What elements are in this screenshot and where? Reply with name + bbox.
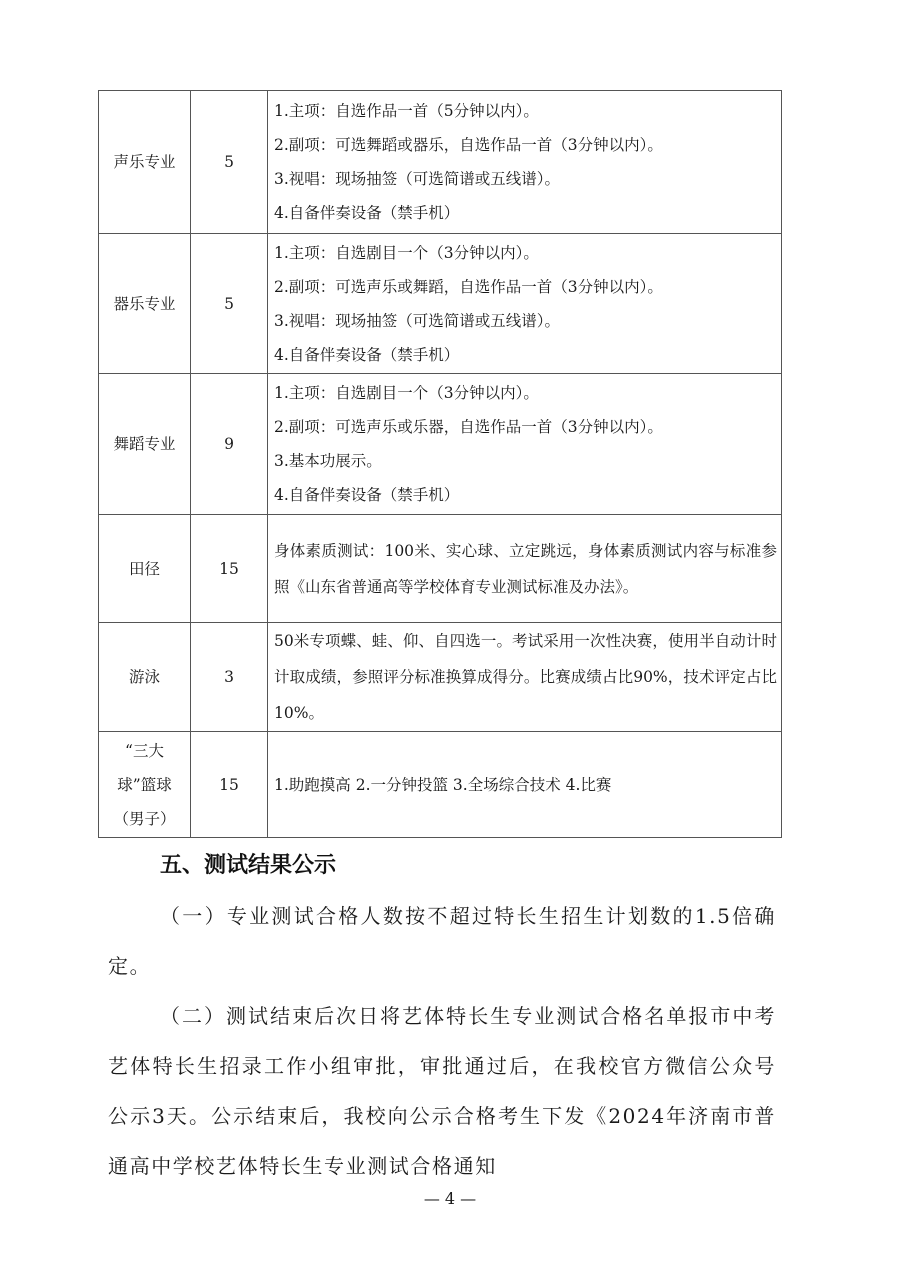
specialty-name: 游泳 — [99, 623, 191, 732]
specialty-test-table: 声乐专业 5 1.主项：自选作品一首（5分钟以内）。 2.副项：可选舞蹈或器乐，… — [98, 90, 782, 838]
content-line: 4.自备伴奏设备（禁手机） — [274, 478, 777, 512]
content-line: 2.副项：可选声乐或舞蹈，自选作品一首（3分钟以内）。 — [274, 270, 777, 304]
page-number: — 4 — — [0, 1189, 900, 1208]
specialty-name: 舞蹈专业 — [99, 374, 191, 515]
content-line: 4.自备伴奏设备（禁手机） — [274, 338, 777, 372]
name-line: 球”篮球 — [99, 768, 190, 802]
name-line: （男子） — [99, 802, 190, 836]
quota-count: 3 — [191, 623, 268, 732]
test-content: 50米专项蝶、蛙、仰、自四选一。考试采用一次性决赛，使用半自动计时计取成绩，参照… — [268, 623, 782, 732]
quota-count: 5 — [191, 91, 268, 234]
test-content: 身体素质测试：100米、实心球、立定跳远，身体素质测试内容与标准参照《山东省普通… — [268, 515, 782, 623]
content-line: 3.视唱：现场抽签（可选简谱或五线谱）。 — [274, 162, 777, 196]
content-line: 4.自备伴奏设备（禁手机） — [274, 196, 777, 230]
quota-count: 9 — [191, 374, 268, 515]
content-line: 2.副项：可选声乐或乐器，自选作品一首（3分钟以内）。 — [274, 410, 777, 444]
paragraph-one: （一）专业测试合格人数按不超过特长生招生计划数的1.5倍确定。 — [108, 891, 776, 991]
specialty-name: 田径 — [99, 515, 191, 623]
content-line: 2.副项：可选舞蹈或器乐，自选作品一首（3分钟以内）。 — [274, 128, 777, 162]
table-row: 游泳 3 50米专项蝶、蛙、仰、自四选一。考试采用一次性决赛，使用半自动计时计取… — [99, 623, 782, 732]
table-row: 器乐专业 5 1.主项：自选剧目一个（3分钟以内）。 2.副项：可选声乐或舞蹈，… — [99, 234, 782, 374]
quota-count: 5 — [191, 234, 268, 374]
specialty-name: 器乐专业 — [99, 234, 191, 374]
content-line: 1.主项：自选剧目一个（3分钟以内）。 — [274, 236, 777, 270]
content-paragraph: 50米专项蝶、蛙、仰、自四选一。考试采用一次性决赛，使用半自动计时计取成绩，参照… — [274, 623, 777, 731]
table-row: 田径 15 身体素质测试：100米、实心球、立定跳远，身体素质测试内容与标准参照… — [99, 515, 782, 623]
table-row: “三大 球”篮球 （男子） 15 1.助跑摸高 2.一分钟投篮 3.全场综合技术… — [99, 732, 782, 838]
section-heading: 五、测试结果公示 — [160, 848, 336, 879]
content-line: 1.主项：自选作品一首（5分钟以内）。 — [274, 94, 777, 128]
paragraph-two: （二）测试结束后次日将艺体特长生专业测试合格名单报市中考艺体特长生招录工作小组审… — [108, 991, 776, 1191]
quota-count: 15 — [191, 515, 268, 623]
test-content: 1.主项：自选剧目一个（3分钟以内）。 2.副项：可选声乐或乐器，自选作品一首（… — [268, 374, 782, 515]
content-line: 1.助跑摸高 2.一分钟投篮 3.全场综合技术 4.比赛 — [274, 768, 777, 802]
table-row: 声乐专业 5 1.主项：自选作品一首（5分钟以内）。 2.副项：可选舞蹈或器乐，… — [99, 91, 782, 234]
content-line: 1.主项：自选剧目一个（3分钟以内）。 — [274, 376, 777, 410]
document-page: 声乐专业 5 1.主项：自选作品一首（5分钟以内）。 2.副项：可选舞蹈或器乐，… — [0, 0, 900, 1273]
content-line: 3.基本功展示。 — [274, 444, 777, 478]
test-content: 1.助跑摸高 2.一分钟投篮 3.全场综合技术 4.比赛 — [268, 732, 782, 838]
content-line: 3.视唱：现场抽签（可选简谱或五线谱）。 — [274, 304, 777, 338]
specialty-name: “三大 球”篮球 （男子） — [99, 732, 191, 838]
name-line: “三大 — [99, 734, 190, 768]
table-row: 舞蹈专业 9 1.主项：自选剧目一个（3分钟以内）。 2.副项：可选声乐或乐器，… — [99, 374, 782, 515]
content-paragraph: 身体素质测试：100米、实心球、立定跳远，身体素质测试内容与标准参照《山东省普通… — [274, 533, 777, 605]
test-content: 1.主项：自选作品一首（5分钟以内）。 2.副项：可选舞蹈或器乐，自选作品一首（… — [268, 91, 782, 234]
specialty-name: 声乐专业 — [99, 91, 191, 234]
quota-count: 15 — [191, 732, 268, 838]
test-content: 1.主项：自选剧目一个（3分钟以内）。 2.副项：可选声乐或舞蹈，自选作品一首（… — [268, 234, 782, 374]
